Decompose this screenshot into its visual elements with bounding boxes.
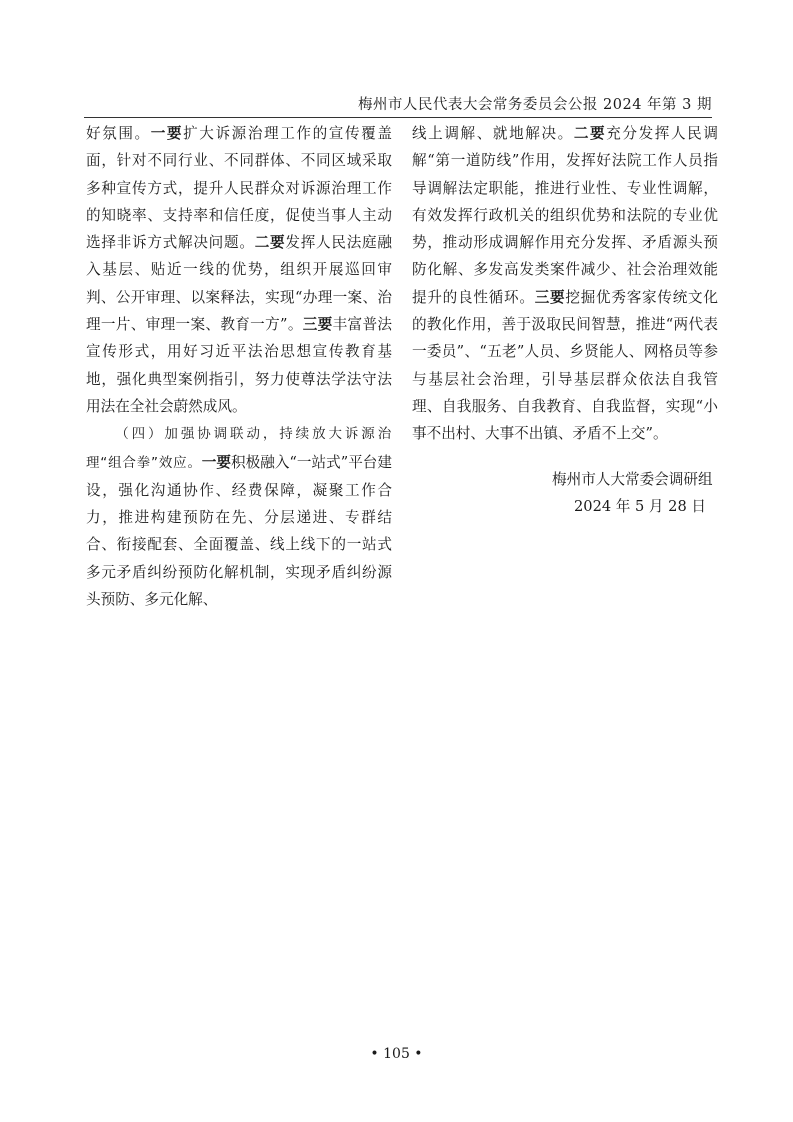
bold-marker: 一要 — [202, 454, 231, 471]
paragraph-mediation: 线上调解、就地解决。二要充分发挥人民调解“第一道防线”作用，发挥好法院工作人员指… — [412, 120, 718, 448]
bold-marker: 二要 — [255, 234, 286, 251]
page-number: • 105 • — [0, 1046, 793, 1062]
right-column: 线上调解、就地解决。二要充分发挥人民调解“第一道防线”作用，发挥好法院工作人员指… — [412, 120, 718, 448]
text-segment: 好氛围。 — [86, 125, 151, 142]
paragraph-publicity: 好氛围。一要扩大诉源治理工作的宣传覆盖面，针对不同行业、不同群体、不同区域采取多… — [86, 120, 392, 420]
paragraph-coordination: （四）加强协调联动，持续放大诉源治理“组合拳”效应。一要积极融入“一站式”平台建… — [86, 420, 392, 613]
bold-marker: 三要 — [303, 316, 333, 333]
bold-marker: 一要 — [151, 125, 183, 142]
signature-date: 2024 年 5 月 28 日 — [540, 493, 720, 520]
text-segment: 积极融入“一站式”平台建设，强化沟通协作、经费保障，凝聚工作合力，推进构建预防在… — [86, 454, 392, 608]
bold-marker: 三要 — [535, 289, 566, 306]
header-divider — [84, 117, 712, 118]
left-column: 好氛围。一要扩大诉源治理工作的宣传覆盖面，针对不同行业、不同群体、不同区域采取多… — [86, 120, 392, 613]
journal-header: 梅州市人民代表大会常务委员会公报 2024 年第 3 期 — [84, 96, 712, 114]
signature-org: 梅州市人大常委会调研组 — [540, 466, 720, 493]
text-segment: 线上调解、就地解决。 — [412, 125, 574, 142]
text-segment: 扩大诉源治理工作的宣传覆盖面，针对不同行业、不同群体、不同区域采取多种宣传方式，… — [86, 125, 392, 251]
signature-block: 梅州市人大常委会调研组 2024 年 5 月 28 日 — [540, 466, 720, 520]
bold-marker: 二要 — [574, 125, 606, 142]
text-segment: 挖掘优秀客家传统文化的教化作用，善于汲取民间智慧，推进“两代表一委员”、“五老”… — [412, 289, 718, 442]
text-segment: 充分发挥人民调解“第一道防线”作用，发挥好法院工作人员指导调解法定职能，推进行业… — [412, 125, 718, 306]
